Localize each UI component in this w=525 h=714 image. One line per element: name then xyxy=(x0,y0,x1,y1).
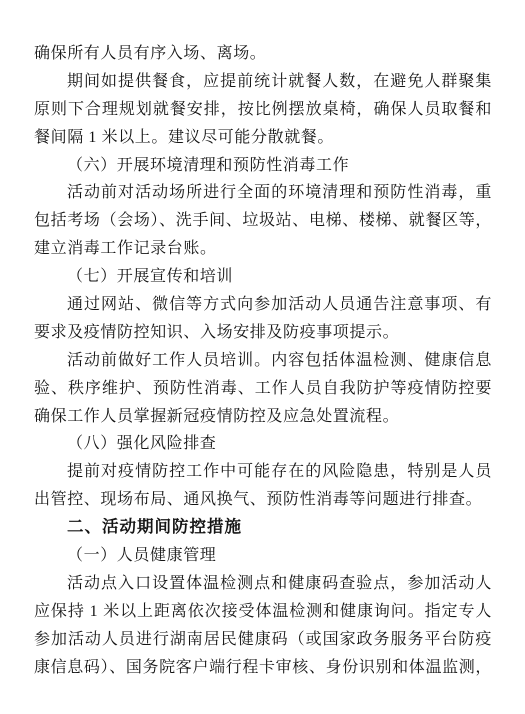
text-line: 确保所有人员有序入场、离场。 xyxy=(34,40,492,68)
text-line: 确保工作人员掌握新冠疫情防控及应急处置流程。 xyxy=(34,403,492,431)
text-line: 验、秩序维护、预防性消毒、工作人员自我防护等疫情防控要求， xyxy=(34,375,492,403)
text-line: 餐间隔 1 米以上。建议尽可能分散就餐。 xyxy=(34,124,492,152)
text-line: 通过网站、微信等方式向参加活动人员通告注意事项、有关 xyxy=(34,291,492,319)
section-heading: 二、活动期间防控措施 xyxy=(34,514,492,542)
subsection-title: （六）开展环境清理和预防性消毒工作 xyxy=(34,152,492,180)
text-line: 期间如提供餐食，应提前统计就餐人数，在避免人群聚集的 xyxy=(34,68,492,96)
text-line: 包括考场（会场）、洗手间、垃圾站、电梯、楼梯、就餐区等， xyxy=(34,207,492,235)
text-line: 活动前做好工作人员培训。内容包括体温检测、健康信息查 xyxy=(34,347,492,375)
subsection-title: （一）人员健康管理 xyxy=(34,542,492,570)
text-line: 康信息码）、国务院客户端行程卡审核、身份识别和体温监测， xyxy=(34,654,492,682)
text-line: 要求及疫情防控知识、入场安排及防疫事项提示。 xyxy=(34,319,492,347)
subsection-title: （七）开展宣传和培训 xyxy=(34,263,492,291)
document-page: 确保所有人员有序入场、离场。 期间如提供餐食，应提前统计就餐人数，在避免人群聚集… xyxy=(0,0,525,714)
text-line: 应保持 1 米以上距离依次接受体温检测和健康询问。指定专人对 xyxy=(34,598,492,626)
text-line: 原则下合理规划就餐安排，按比例摆放桌椅，确保人员取餐和就 xyxy=(34,96,492,124)
text-line: 活动点入口设置体温检测点和健康码查验点，参加活动人员 xyxy=(34,570,492,598)
text-line: 出管控、现场布局、通风换气、预防性消毒等问题进行排查。 xyxy=(34,486,492,514)
text-line: 提前对疫情防控工作中可能存在的风险隐患，特别是人员进 xyxy=(34,458,492,486)
text-line: 参加活动人员进行湖南居民健康码（或国家政务服务平台防疫健 xyxy=(34,626,492,654)
text-line: 活动前对活动场所进行全面的环境清理和预防性消毒，重点 xyxy=(34,179,492,207)
subsection-title: （八）强化风险排查 xyxy=(34,430,492,458)
text-line: 建立消毒工作记录台账。 xyxy=(34,235,492,263)
